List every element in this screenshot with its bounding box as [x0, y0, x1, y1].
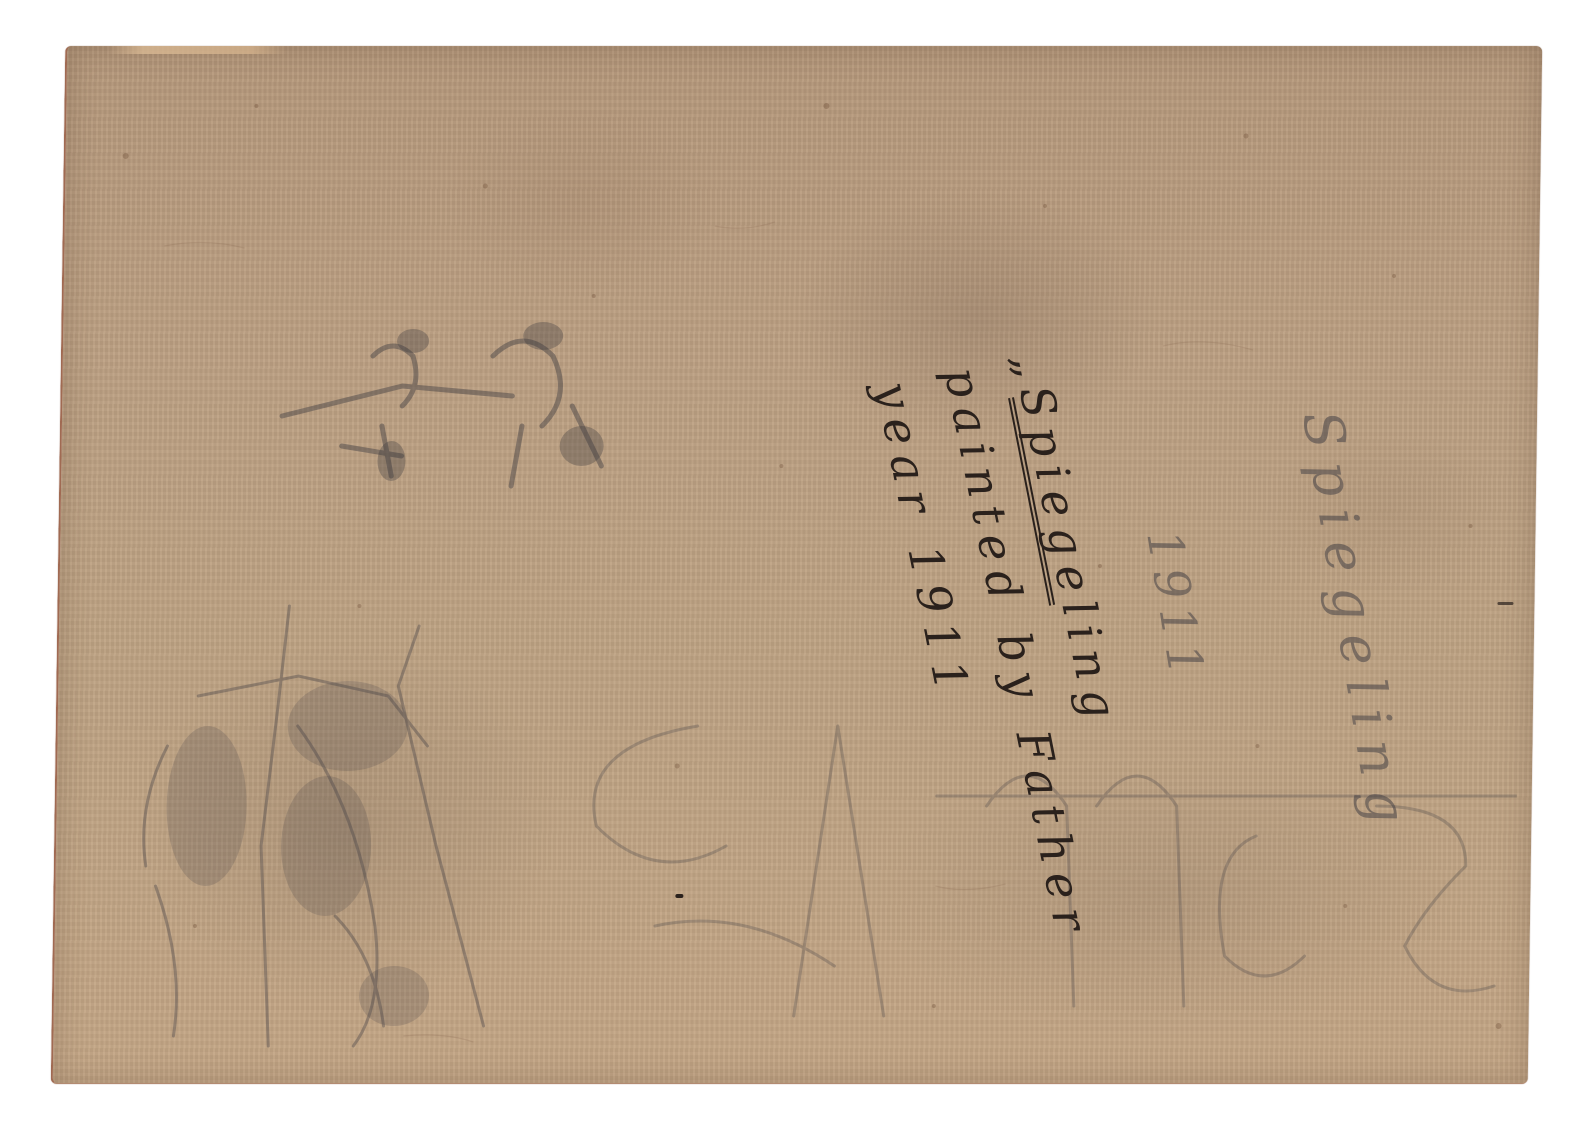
figure-group-sketch [271, 296, 634, 496]
pencil-year-note: 1911 [1135, 526, 1215, 688]
mountain-figure-sketch [93, 586, 540, 1066]
pencil-title-note: Spiegeling [1290, 406, 1421, 842]
worn-edge [107, 46, 287, 54]
cardboard-panel: Spiegeling 1911 „Spiegeling painted by F… [51, 46, 1542, 1084]
ink-dash-mark [675, 894, 683, 898]
photo-scene: Spiegeling 1911 „Spiegeling painted by F… [0, 0, 1586, 1134]
edge-ink-mark [1497, 602, 1513, 605]
ink-inscription: „Spiegeling painted by Father year 1911 [857, 346, 1177, 961]
